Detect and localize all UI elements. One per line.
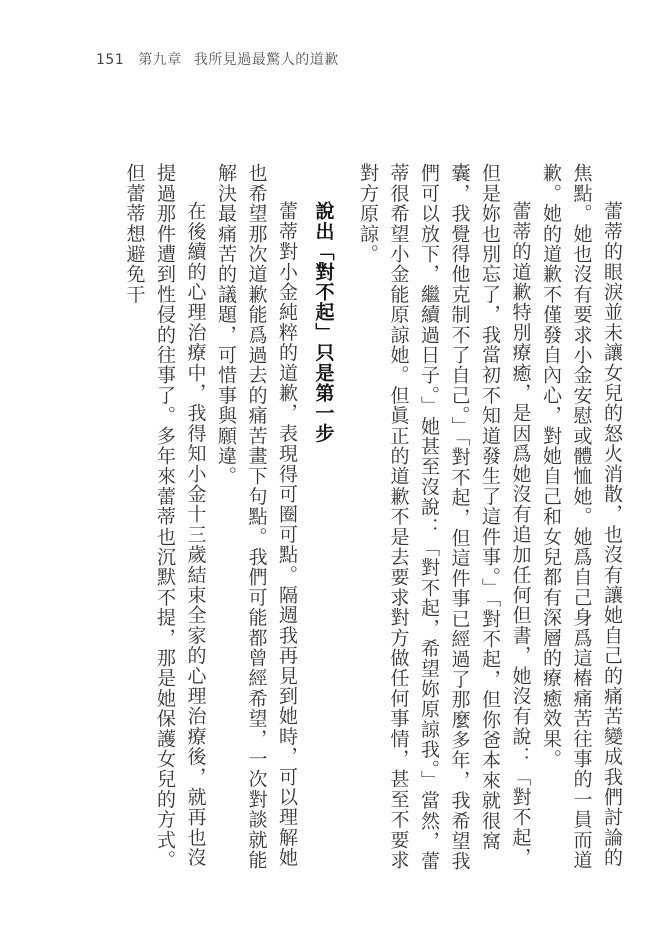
chapter-title: 我所見過最驚人的道歉 [194,52,339,68]
paragraph: 蕾蒂的眼淚並未讓女兒的怒火消散，也沒有讓她自己的痛苦變成我們討論的焦點。她也沒有… [536,163,628,883]
chapter-label: 第九章 [138,52,182,68]
paragraph: 蕾蒂對小金純粹的道歉，表現得可圈可點。隔週我再見到她時，可以理解她也希望那次道歉… [211,163,303,883]
running-header: 151第九章我所見過最驚人的道歉 [96,49,339,69]
section-heading: 說出「對不起」只是第一步 [302,163,353,883]
body-text: 蕾蒂的眼淚並未讓女兒的怒火消散，也沒有讓她自己的痛苦變成我們討論的焦點。她也沒有… [119,163,627,883]
page-number: 151 [96,52,124,68]
paragraph: 在後續的心理治療中，我得知小金十三歲結束全家的心理治療後，就再也沒提過那件遭到性… [119,163,211,883]
paragraph: 蕾蒂的道歉特別療癒，是因爲她沒有追加任何但書，她沒有說：「對不起，但是妳也別忘了… [353,163,536,883]
